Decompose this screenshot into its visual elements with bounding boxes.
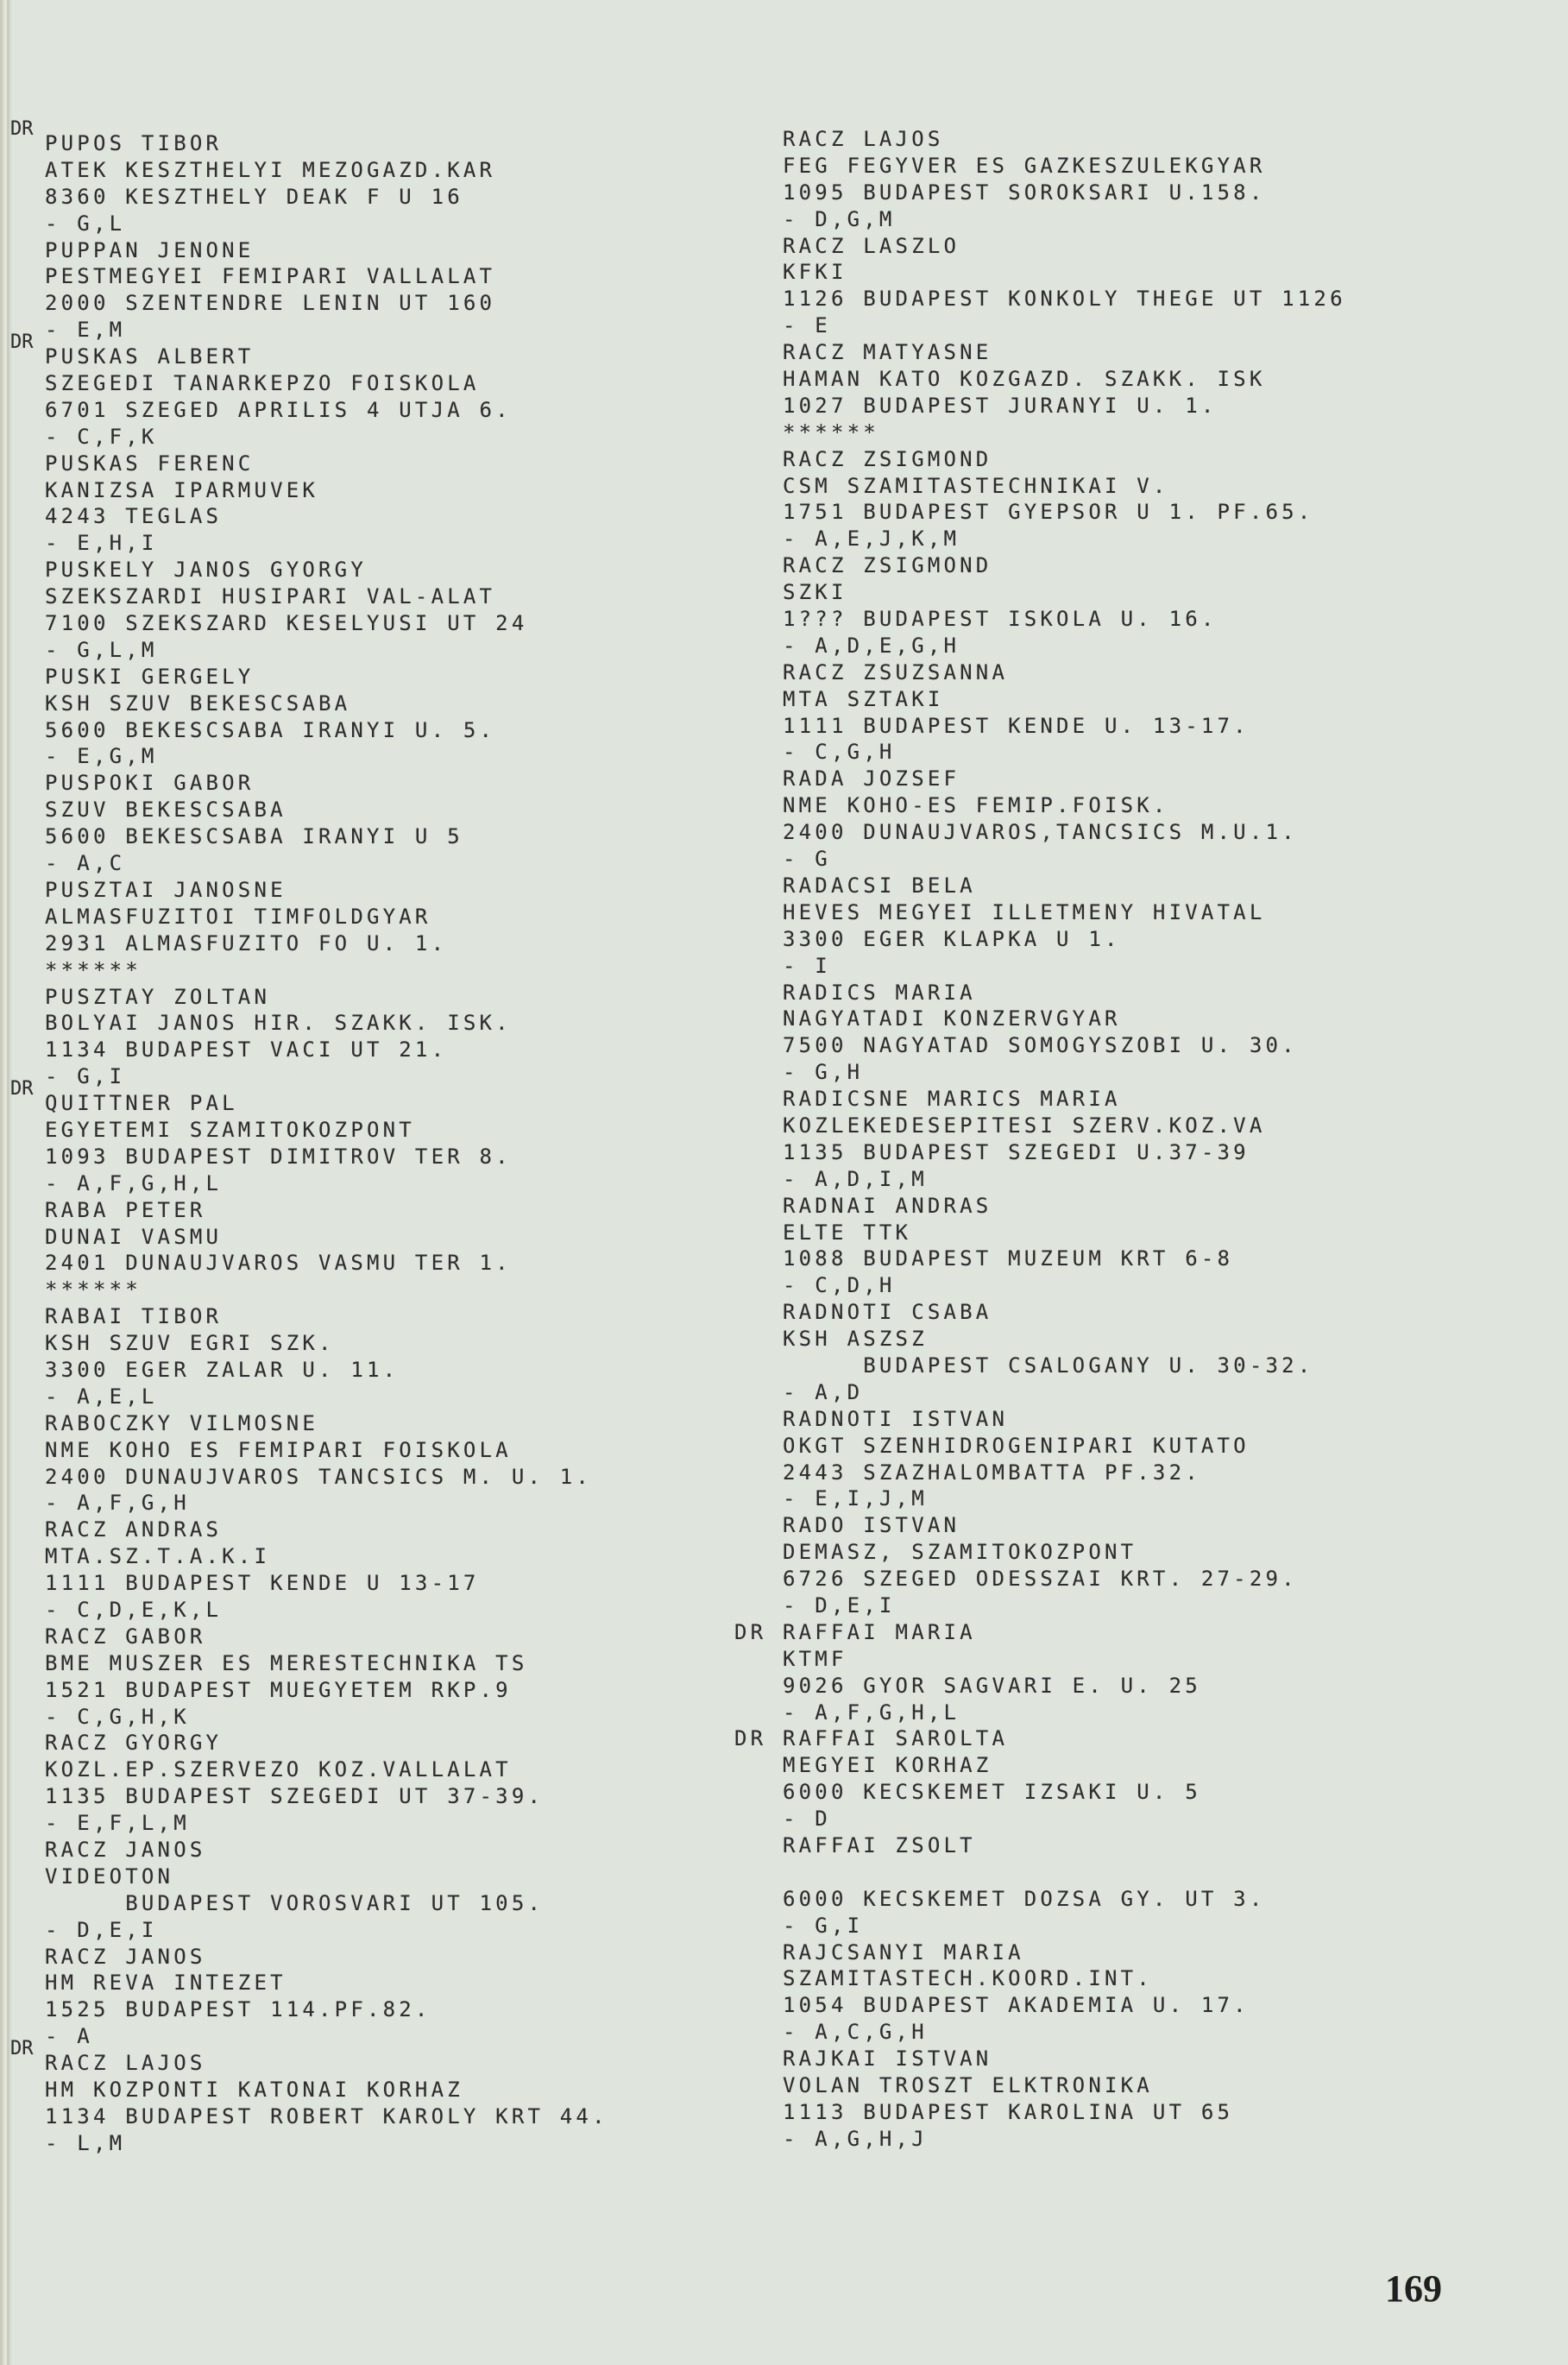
entry-address-line: 2401 DUNAUJVAROS VASMU TER 1. (45, 1250, 608, 1277)
entry-name-line: PUSZTAY ZOLTAN (45, 984, 608, 1011)
entry-org-line: SZUV BEKESCSABA (45, 797, 608, 823)
directory-entry: RACZ JANOSHM REVA INTEZET1525 BUDAPEST 1… (45, 1944, 608, 2051)
entry-address-line: 1134 BUDAPEST VACI UT 21. (45, 1037, 608, 1063)
entry-codes-line: - A,C (45, 850, 608, 877)
entry-codes: - C,D,H (783, 1273, 896, 1297)
entry-org-line: EGYETEMI SZAMITOKOZPONT (45, 1117, 608, 1144)
entry-address: 6726 SZEGED ODESSZAI KRT. 27-29. (783, 1567, 1298, 1591)
entry-org: ELTE TTK (783, 1220, 911, 1245)
entry-address: 1111 BUDAPEST KENDE U 13-17 (45, 1571, 480, 1595)
entry-org-line: KSH SZUV EGRI SZK. (45, 1330, 608, 1357)
entry-org-line: SZEKSZARDI HUSIPARI VAL-ALAT (45, 583, 608, 610)
title-prefix: DR (734, 1619, 766, 1646)
entry-codes: - D,E,I (45, 1918, 158, 1942)
entry-codes-line: - A (45, 2023, 608, 2050)
entry-org: HM KOZPONTI KATONAI KORHAZ (45, 2078, 463, 2102)
entry-org: KFKI (783, 260, 847, 284)
entry-codes-line: - C,D,E,K,L (45, 1597, 608, 1624)
directory-entry: RADO ISTVANDEMASZ, SZAMITOKOZPONT6726 SZ… (783, 1512, 1346, 1619)
entry-name: PUPPAN JENONE (45, 238, 254, 262)
entry-name: RAJKAI ISTVAN (783, 2047, 992, 2071)
entry-address: 2000 SZENTENDRE LENIN UT 160 (45, 291, 495, 315)
entry-org-line: SZKI (783, 579, 1346, 606)
entry-codes: - E,H,I (45, 531, 158, 555)
entry-address: 9026 GYOR SAGVARI E. U. 25 (783, 1674, 1201, 1698)
entry-address-line: 9026 GYOR SAGVARI E. U. 25 (783, 1673, 1346, 1700)
entry-address-line: 6726 SZEGED ODESSZAI KRT. 27-29. (783, 1566, 1346, 1592)
entry-name-line: RADO ISTVAN (783, 1512, 1346, 1539)
entry-address: 1525 BUDAPEST 114.PF.82. (45, 1997, 431, 2021)
directory-entry: PUSZTAI JANOSNEALMASFUZITOI TIMFOLDGYAR2… (45, 877, 608, 984)
entry-org-line: KOZL.EP.SZERVEZO KOZ.VALLALAT (45, 1756, 608, 1783)
entry-org-line: KFKI (783, 259, 1346, 286)
entry-codes: - G,I (45, 1064, 125, 1088)
entry-org-line: MTA SZTAKI (783, 686, 1346, 713)
entry-address-line: 1054 BUDAPEST AKADEMIA U. 17. (783, 1992, 1346, 2019)
entry-address: BUDAPEST VOROSVARI UT 105. (45, 1891, 544, 1915)
directory-column-right: RACZ LAJOSFEG FEGYVER ES GAZKESZULEKGYAR… (783, 126, 1346, 2153)
directory-entry: PUSZTAY ZOLTANBOLYAI JANOS HIR. SZAKK. I… (45, 984, 608, 1091)
entry-name: RABAI TIBOR (45, 1304, 222, 1328)
entry-codes: - A,F,G,H,L (45, 1171, 222, 1195)
directory-entry: RACZ LAJOSFEG FEGYVER ES GAZKESZULEKGYAR… (783, 126, 1346, 233)
entry-address: BUDAPEST CSALOGANY U. 30-32. (783, 1353, 1313, 1378)
entry-org-line: SZAMITASTECH.KOORD.INT. (783, 1965, 1346, 1992)
directory-entry: DRQUITTNER PALEGYETEMI SZAMITOKOZPONT109… (45, 1090, 608, 1197)
entry-address: 7500 NAGYATAD SOMOGYSZOBI U. 30. (783, 1033, 1298, 1057)
entry-address: 1113 BUDAPEST KAROLINA UT 65 (783, 2100, 1233, 2124)
directory-entry: RACZ JANOSVIDEOTON BUDAPEST VOROSVARI UT… (45, 1837, 608, 1944)
entry-codes: - A,D (783, 1380, 863, 1404)
entry-address-line: 8360 KESZTHELY DEAK F U 16 (45, 184, 608, 211)
directory-entry: RACZ GABORBME MUSZER ES MERESTECHNIKA TS… (45, 1624, 608, 1731)
entry-address-line: 3300 EGER ZALAR U. 11. (45, 1357, 608, 1384)
entry-address: 3300 EGER ZALAR U. 11. (45, 1358, 399, 1382)
entry-address: 5600 BEKESCSABA IRANYI U 5 (45, 824, 463, 848)
entry-name-line: RADNOTI CSABA (783, 1299, 1346, 1326)
entry-codes-line: - A,F,G,H,L (45, 1170, 608, 1197)
entry-name-line: RACZ GYORGY (45, 1730, 608, 1756)
entry-org-line: BME MUSZER ES MERESTECHNIKA TS (45, 1650, 608, 1677)
entry-org-line: NME KOHO-ES FEMIP.FOISK. (783, 792, 1346, 819)
entry-org-line: DEMASZ, SZAMITOKOZPONT (783, 1539, 1346, 1566)
entry-codes-line: - C,G,H (783, 739, 1346, 766)
entry-codes-line: - E (783, 312, 1346, 339)
directory-entry: RADICS MARIANAGYATADI KONZERVGYAR7500 NA… (783, 980, 1346, 1087)
entry-name: RAFFAI ZSOLT (783, 1833, 976, 1857)
entry-name-line: RABA PETER (45, 1197, 608, 1224)
entry-codes-line: - A,D (783, 1379, 1346, 1406)
entry-name: RACZ LAJOS (45, 2051, 206, 2075)
entry-org-line: HAMAN KATO KOZGAZD. SZAKK. ISK (783, 366, 1346, 393)
entry-codes: - G,I (783, 1914, 863, 1938)
entry-address-line: BUDAPEST CSALOGANY U. 30-32. (783, 1353, 1346, 1379)
entry-address-line: 1525 BUDAPEST 114.PF.82. (45, 1996, 608, 2023)
entry-name: RAFFAI MARIA (783, 1620, 976, 1644)
entry-name-line: PUPPAN JENONE (45, 237, 608, 264)
entry-name: RABOCZKY VILMOSNE (45, 1411, 318, 1435)
entry-codes: - D (783, 1807, 831, 1831)
entry-org-line: KSH SZUV BEKESCSABA (45, 691, 608, 717)
entry-address: 1111 BUDAPEST KENDE U. 13-17. (783, 714, 1250, 738)
entry-codes: - A,F,G,H,L (783, 1700, 960, 1725)
entry-name: RACZ ZSIGMOND (783, 447, 992, 471)
entry-codes: - L,M (45, 2131, 125, 2155)
entry-codes: - A,G,H,J (783, 2127, 928, 2151)
entry-address: 5600 BEKESCSABA IRANYI U. 5. (45, 718, 495, 742)
entry-address: 1095 BUDAPEST SOROKSARI U.158. (783, 180, 1265, 205)
directory-entry: RADACSI BELAHEVES MEGYEI ILLETMENY HIVAT… (783, 873, 1346, 980)
entry-org: HM REVA INTEZET (45, 1971, 287, 1995)
entry-name: RADNAI ANDRAS (783, 1194, 992, 1218)
entry-codes-line: - E,I,J,M (783, 1485, 1346, 1512)
entry-address: 2400 DUNAUJVAROS TANCSICS M. U. 1. (45, 1465, 592, 1489)
entry-name-line: PUSKELY JANOS GYORGY (45, 557, 608, 583)
entry-address-line: 2400 DUNAUJVAROS TANCSICS M. U. 1. (45, 1464, 608, 1491)
entry-codes-line: - D,E,I (45, 1917, 608, 1944)
entry-codes-line: ****** (45, 1277, 608, 1303)
entry-name-line: RABAI TIBOR (45, 1303, 608, 1330)
entry-name: RADICS MARIA (783, 981, 976, 1005)
entry-codes-line: - I (783, 953, 1346, 980)
entry-org: OKGT SZENHIDROGENIPARI KUTATO (783, 1434, 1250, 1458)
entry-org: EGYETEMI SZAMITOKOZPONT (45, 1118, 415, 1142)
entry-org: KSH ASZSZ (783, 1327, 928, 1351)
entry-address-line: 1111 BUDAPEST KENDE U. 13-17. (783, 713, 1346, 740)
entry-name: RACZ LASZLO (783, 234, 960, 258)
entry-codes: - E,M (45, 318, 125, 342)
entry-name-line: RADA JOZSEF (783, 766, 1346, 792)
entry-codes-line: - A,D,E,G,H (783, 633, 1346, 659)
directory-entry: RACZ ZSIGMONDCSM SZAMITASTECHNIKAI V.175… (783, 446, 1346, 553)
directory-column-left: DRPUPOS TIBORATEK KESZTHELYI MEZOGAZD.KA… (45, 130, 608, 2157)
entry-name: PUSZTAI JANOSNE (45, 878, 287, 902)
entry-org: KTMF (783, 1647, 847, 1671)
entry-name-line: RACZ LASZLO (783, 233, 1346, 260)
entry-address: 1521 BUDAPEST MUEGYETEM RKP.9 (45, 1678, 512, 1702)
entry-codes-line: - G,L,M (45, 637, 608, 664)
entry-org-line: MEGYEI KORHAZ (783, 1752, 1346, 1779)
entry-address: 1126 BUDAPEST KONKOLY THEGE UT 1126 (783, 287, 1346, 311)
entry-address: 3300 EGER KLAPKA U 1. (783, 927, 1121, 951)
entry-name: RADNOTI ISTVAN (783, 1407, 1008, 1431)
entry-codes: - G,H (783, 1060, 863, 1084)
entry-codes: - C,D,E,K,L (45, 1598, 222, 1622)
entry-codes: ****** (45, 1277, 142, 1302)
entry-codes: - A,F,G,H (45, 1491, 190, 1515)
entry-address-line: 5600 BEKESCSABA IRANYI U. 5. (45, 717, 608, 744)
entry-address: 2400 DUNAUJVAROS,TANCSICS M.U.1. (783, 820, 1298, 844)
entry-address: 6000 KECSKEMET IZSAKI U. 5 (783, 1780, 1201, 1804)
entry-name-line: PUSZTAI JANOSNE (45, 877, 608, 904)
entry-org-line: KANIZSA IPARMUVEK (45, 477, 608, 504)
directory-entry: DRPUPOS TIBORATEK KESZTHELYI MEZOGAZD.KA… (45, 130, 608, 237)
entry-name-line: RADNAI ANDRAS (783, 1193, 1346, 1220)
directory-entry: RABOCZKY VILMOSNENME KOHO ES FEMIPARI FO… (45, 1410, 608, 1517)
entry-name: RACZ LAJOS (783, 127, 944, 151)
entry-org: SZEKSZARDI HUSIPARI VAL-ALAT (45, 584, 495, 609)
entry-name: RAJCSANYI MARIA (783, 1940, 1024, 1965)
entry-org: SZEGEDI TANARKEPZO FOISKOLA (45, 371, 480, 395)
entry-address-line: 1751 BUDAPEST GYEPSOR U 1. PF.65. (783, 499, 1346, 526)
entry-org: DEMASZ, SZAMITOKOZPONT (783, 1540, 1137, 1564)
entry-name: RABA PETER (45, 1198, 206, 1222)
entry-codes-line: ****** (783, 419, 1346, 446)
entry-codes: ****** (783, 420, 879, 445)
entry-org: KSH SZUV BEKESCSABA (45, 691, 350, 716)
title-prefix: DR (734, 1725, 766, 1752)
entry-name: PUSKAS ALBERT (45, 344, 254, 369)
entry-codes-line: - G,I (783, 1913, 1346, 1939)
entry-org-line: NME KOHO ES FEMIPARI FOISKOLA (45, 1437, 608, 1464)
entry-codes: - A,C (45, 851, 125, 875)
entry-org-line: OKGT SZENHIDROGENIPARI KUTATO (783, 1433, 1346, 1460)
directory-entry: RACZ ZSIGMONDSZKI1??? BUDAPEST ISKOLA U.… (783, 552, 1346, 659)
entry-codes: - C,G,H (783, 740, 896, 764)
entry-codes: - A,D,E,G,H (783, 634, 960, 658)
entry-codes-line: - E,G,M (45, 743, 608, 770)
entry-address: 1??? BUDAPEST ISKOLA U. 16. (783, 607, 1218, 631)
entry-name: RACZ JANOS (45, 1838, 206, 1862)
entry-org-line: DUNAI VASMU (45, 1224, 608, 1251)
directory-entry: PUSKAS FERENCKANIZSA IPARMUVEK4243 TEGLA… (45, 451, 608, 558)
entry-name: PUSPOKI GABOR (45, 771, 254, 795)
directory-entry: RACZ ZSUZSANNAMTA SZTAKI1111 BUDAPEST KE… (783, 659, 1346, 766)
entry-name: RACZ ANDRAS (45, 1517, 222, 1542)
entry-address-line: 1??? BUDAPEST ISKOLA U. 16. (783, 606, 1346, 633)
entry-address: 1054 BUDAPEST AKADEMIA U. 17. (783, 1993, 1250, 2017)
entry-org-line: HM KOZPONTI KATONAI KORHAZ (45, 2077, 608, 2103)
directory-entry: DRRACZ LAJOSHM KOZPONTI KATONAI KORHAZ11… (45, 2050, 608, 2157)
entry-name: PUPOS TIBOR (45, 131, 222, 155)
entry-address: 1135 BUDAPEST SZEGEDI U.37-39 (783, 1140, 1250, 1164)
entry-name-line: DRQUITTNER PAL (45, 1090, 608, 1117)
entry-codes-line: - C,F,K (45, 424, 608, 451)
entry-org-line: FEG FEGYVER ES GAZKESZULEKGYAR (783, 153, 1346, 180)
entry-org: CSM SZAMITASTECHNIKAI V. (783, 474, 1169, 498)
entry-name-line: RACZ JANOS (45, 1944, 608, 1971)
entry-address-line: 1126 BUDAPEST KONKOLY THEGE UT 1126 (783, 286, 1346, 312)
entry-name-line: RADICS MARIA (783, 980, 1346, 1006)
entry-org-line: MTA.SZ.T.A.K.I (45, 1543, 608, 1570)
entry-codes: - I (783, 954, 831, 978)
entry-codes: - E,I,J,M (783, 1486, 928, 1510)
entry-address-line: 1088 BUDAPEST MUZEUM KRT 6-8 (783, 1246, 1346, 1272)
entry-address: 1027 BUDAPEST JURANYI U. 1. (783, 394, 1218, 418)
entry-name-line: PUSKI GERGELY (45, 664, 608, 691)
entry-address: 7100 SZEKSZARD KESELYUSI UT 24 (45, 611, 527, 635)
title-prefix: DR (10, 330, 34, 356)
entry-codes-line: - E,M (45, 317, 608, 344)
entry-org: PESTMEGYEI FEMIPARI VALLALAT (45, 264, 495, 288)
entry-name: RADNOTI CSABA (783, 1300, 992, 1324)
entry-name-line: RACZ ANDRAS (45, 1517, 608, 1543)
directory-entry: RADNAI ANDRASELTE TTK1088 BUDAPEST MUZEU… (783, 1193, 1346, 1300)
entry-codes: - A,D,I,M (783, 1167, 928, 1191)
entry-codes: - C,F,K (45, 425, 158, 449)
entry-codes-line: - A,F,G,H,L (783, 1700, 1346, 1726)
entry-address-line: 2931 ALMASFUZITO FO U. 1. (45, 930, 608, 957)
entry-codes: - A,C,G,H (783, 2020, 928, 2044)
entry-codes: ****** (45, 958, 142, 982)
entry-address: 1135 BUDAPEST SZEGEDI UT 37-39. (45, 1784, 544, 1808)
entry-codes-line: - L,M (45, 2130, 608, 2157)
directory-entry: PUSKI GERGELYKSH SZUV BEKESCSABA5600 BEK… (45, 664, 608, 771)
entry-name-line: RADICSNE MARICS MARIA (783, 1086, 1346, 1113)
entry-address-line: 1111 BUDAPEST KENDE U 13-17 (45, 1570, 608, 1597)
entry-name: PUSKELY JANOS GYORGY (45, 558, 367, 582)
entry-name-line: RACZ ZSUZSANNA (783, 659, 1346, 686)
entry-name: RADICSNE MARICS MARIA (783, 1087, 1121, 1111)
entry-codes-line: - D,E,I (783, 1592, 1346, 1619)
entry-name-line: DRRACZ LAJOS (45, 2050, 608, 2077)
entry-org: FEG FEGYVER ES GAZKESZULEKGYAR (783, 154, 1265, 178)
directory-entry: PUSKELY JANOS GYORGYSZEKSZARDI HUSIPARI … (45, 557, 608, 664)
entry-address-line: 6000 KECSKEMET DOZSA GY. UT 3. (783, 1886, 1346, 1913)
entry-address: 2401 DUNAUJVAROS VASMU TER 1. (45, 1251, 512, 1275)
entry-name-line: RAJCSANYI MARIA (783, 1939, 1346, 1966)
entry-org: HAMAN KATO KOZGAZD. SZAKK. ISK (783, 367, 1265, 391)
entry-org: NME KOHO-ES FEMIP.FOISK. (783, 793, 1169, 817)
entry-address: 1088 BUDAPEST MUZEUM KRT 6-8 (783, 1246, 1233, 1271)
entry-org-line: KOZLEKEDESEPITESI SZERV.KOZ.VA (783, 1113, 1346, 1139)
directory-entry: RADICSNE MARICS MARIAKOZLEKEDESEPITESI S… (783, 1086, 1346, 1193)
entry-org-line: BOLYAI JANOS HIR. SZAKK. ISK. (45, 1010, 608, 1037)
entry-address: 1134 BUDAPEST VACI UT 21. (45, 1037, 447, 1062)
entry-address: 6000 KECSKEMET DOZSA GY. UT 3. (783, 1887, 1265, 1911)
entry-name-line: RACZ ZSIGMOND (783, 446, 1346, 473)
entry-address-line: 6701 SZEGED APRILIS 4 UTJA 6. (45, 397, 608, 424)
entry-name: RACZ GYORGY (45, 1731, 222, 1755)
entry-codes-line: - A,C,G,H (783, 2019, 1346, 2046)
entry-org-line: ALMASFUZITOI TIMFOLDGYAR (45, 904, 608, 930)
entry-address-line: 1135 BUDAPEST SZEGEDI U.37-39 (783, 1139, 1346, 1166)
entry-org: NAGYATADI KONZERVGYAR (783, 1006, 1121, 1031)
entry-org-line: PESTMEGYEI FEMIPARI VALLALAT (45, 263, 608, 290)
entry-name-line: DRPUPOS TIBOR (45, 130, 608, 157)
entry-name-line: RACZ MATYASNE (783, 339, 1346, 366)
entry-org: DUNAI VASMU (45, 1225, 222, 1249)
directory-entry: DRRAFFAI SAROLTAMEGYEI KORHAZ6000 KECSKE… (783, 1725, 1346, 1832)
entry-org-line: HEVES MEGYEI ILLETMENY HIVATAL (783, 899, 1346, 926)
entry-codes-line: - E,F,L,M (45, 1810, 608, 1837)
directory-entry: DRRAFFAI MARIAKTMF9026 GYOR SAGVARI E. U… (783, 1619, 1346, 1726)
entry-name: RADACSI BELA (783, 873, 976, 898)
entry-codes-line: - G,I (45, 1063, 608, 1090)
directory-entry: RADNOTI CSABAKSH ASZSZ BUDAPEST CSALOGAN… (783, 1299, 1346, 1406)
entry-address-line: 6000 KECSKEMET IZSAKI U. 5 (783, 1779, 1346, 1806)
entry-name-line: RADACSI BELA (783, 873, 1346, 899)
entry-codes-line: - G (783, 846, 1346, 873)
entry-org-line: CSM SZAMITASTECHNIKAI V. (783, 473, 1346, 500)
entry-codes: - A,E,L (45, 1384, 158, 1409)
entry-address-line: 2400 DUNAUJVAROS,TANCSICS M.U.1. (783, 819, 1346, 846)
entry-codes-line: - A,E,J,K,M (783, 526, 1346, 552)
entry-org: KANIZSA IPARMUVEK (45, 478, 318, 502)
entry-name-line: RACZ JANOS (45, 1837, 608, 1864)
entry-org-line: NAGYATADI KONZERVGYAR (783, 1006, 1346, 1032)
entry-address: 4243 TEGLAS (45, 504, 222, 528)
entry-org-line: ATEK KESZTHELYI MEZOGAZD.KAR (45, 157, 608, 184)
directory-entry: RACZ LASZLOKFKI1126 BUDAPEST KONKOLY THE… (783, 233, 1346, 340)
entry-name-line: RACZ GABOR (45, 1624, 608, 1650)
directory-entry: RACZ GYORGYKOZL.EP.SZERVEZO KOZ.VALLALAT… (45, 1730, 608, 1837)
entry-org: KSH SZUV EGRI SZK. (45, 1331, 335, 1355)
entry-org-line: KSH ASZSZ (783, 1326, 1346, 1353)
title-prefix: DR (10, 1076, 34, 1103)
directory-entry: RADA JOZSEFNME KOHO-ES FEMIP.FOISK.2400 … (783, 766, 1346, 873)
entry-org: MTA.SZ.T.A.K.I (45, 1544, 270, 1568)
directory-entry: DRPUSKAS ALBERTSZEGEDI TANARKEPZO FOISKO… (45, 344, 608, 451)
entry-name-line: RACZ LAJOS (783, 126, 1346, 153)
entry-name-line: DRRAFFAI MARIA (783, 1619, 1346, 1646)
entry-org-line: KTMF (783, 1646, 1346, 1673)
entry-address-line: 2443 SZAZHALOMBATTA PF.32. (783, 1460, 1346, 1486)
entry-address: 1751 BUDAPEST GYEPSOR U 1. PF.65. (783, 500, 1313, 524)
entry-codes: - A (45, 2024, 93, 2048)
entry-org-line: ELTE TTK (783, 1220, 1346, 1246)
entry-address-line: 5600 BEKESCSABA IRANYI U 5 (45, 823, 608, 850)
entry-codes-line: - C,G,H,K (45, 1704, 608, 1731)
entry-address: 2443 SZAZHALOMBATTA PF.32. (783, 1460, 1201, 1485)
entry-codes: - G (783, 847, 831, 871)
entry-address-line: 1113 BUDAPEST KAROLINA UT 65 (783, 2099, 1346, 2126)
entry-org: SZUV BEKESCSABA (45, 798, 287, 822)
entry-address-line: 4243 TEGLAS (45, 503, 608, 530)
entry-codes-line: - D (783, 1806, 1346, 1832)
entry-org-line (783, 1859, 1346, 1886)
directory-entry: PUPPAN JENONEPESTMEGYEI FEMIPARI VALLALA… (45, 237, 608, 344)
entry-address-line: 1027 BUDAPEST JURANYI U. 1. (783, 393, 1346, 419)
entry-address-line: BUDAPEST VOROSVARI UT 105. (45, 1890, 608, 1917)
directory-entry: RADNOTI ISTVANOKGT SZENHIDROGENIPARI KUT… (783, 1406, 1346, 1513)
entry-codes: - C,G,H,K (45, 1705, 190, 1729)
entry-name: RADA JOZSEF (783, 766, 960, 791)
entry-codes: - A,E,J,K,M (783, 527, 960, 551)
entry-codes-line: - A,E,L (45, 1384, 608, 1410)
entry-org-line: VIDEOTON (45, 1864, 608, 1890)
entry-org: MEGYEI KORHAZ (783, 1753, 992, 1777)
entry-org-line: SZEGEDI TANARKEPZO FOISKOLA (45, 370, 608, 397)
entry-org-line: VOLAN TROSZT ELKTRONIKA (783, 2072, 1346, 2099)
entry-codes-line: - A,F,G,H (45, 1490, 608, 1517)
entry-codes-line: - E,H,I (45, 530, 608, 557)
directory-entry: RABAI TIBORKSH SZUV EGRI SZK.3300 EGER Z… (45, 1303, 608, 1410)
directory-entry: RABA PETERDUNAI VASMU2401 DUNAUJVAROS VA… (45, 1197, 608, 1304)
entry-address: 1134 BUDAPEST ROBERT KAROLY KRT 44. (45, 2104, 608, 2128)
entry-org: KOZLEKEDESEPITESI SZERV.KOZ.VA (783, 1113, 1265, 1138)
title-prefix: DR (10, 2036, 34, 2063)
entry-name-line: DRRAFFAI SAROLTA (783, 1725, 1346, 1752)
entry-org: MTA SZTAKI (783, 687, 944, 711)
entry-name: PUSKAS FERENC (45, 451, 254, 476)
entry-codes: - E,F,L,M (45, 1811, 190, 1835)
entry-org: BOLYAI JANOS HIR. SZAKK. ISK. (45, 1011, 512, 1035)
entry-org: HEVES MEGYEI ILLETMENY HIVATAL (783, 900, 1265, 924)
entry-address: 1093 BUDAPEST DIMITROV TER 8. (45, 1145, 512, 1169)
entry-name-line: RAFFAI ZSOLT (783, 1832, 1346, 1859)
entry-name: RACZ MATYASNE (783, 340, 992, 364)
entry-codes: - D,E,I (783, 1593, 896, 1618)
entry-codes-line: - C,D,H (783, 1272, 1346, 1299)
entry-name-line: RADNOTI ISTVAN (783, 1406, 1346, 1433)
entry-name: PUSKI GERGELY (45, 665, 254, 689)
entry-name: RADO ISTVAN (783, 1513, 960, 1537)
entry-codes: - E (783, 313, 831, 337)
directory-entry: RACZ ANDRASMTA.SZ.T.A.K.I1111 BUDAPEST K… (45, 1517, 608, 1624)
entry-codes-line: - G,L (45, 211, 608, 237)
entry-address-line: 1134 BUDAPEST ROBERT KAROLY KRT 44. (45, 2103, 608, 2130)
